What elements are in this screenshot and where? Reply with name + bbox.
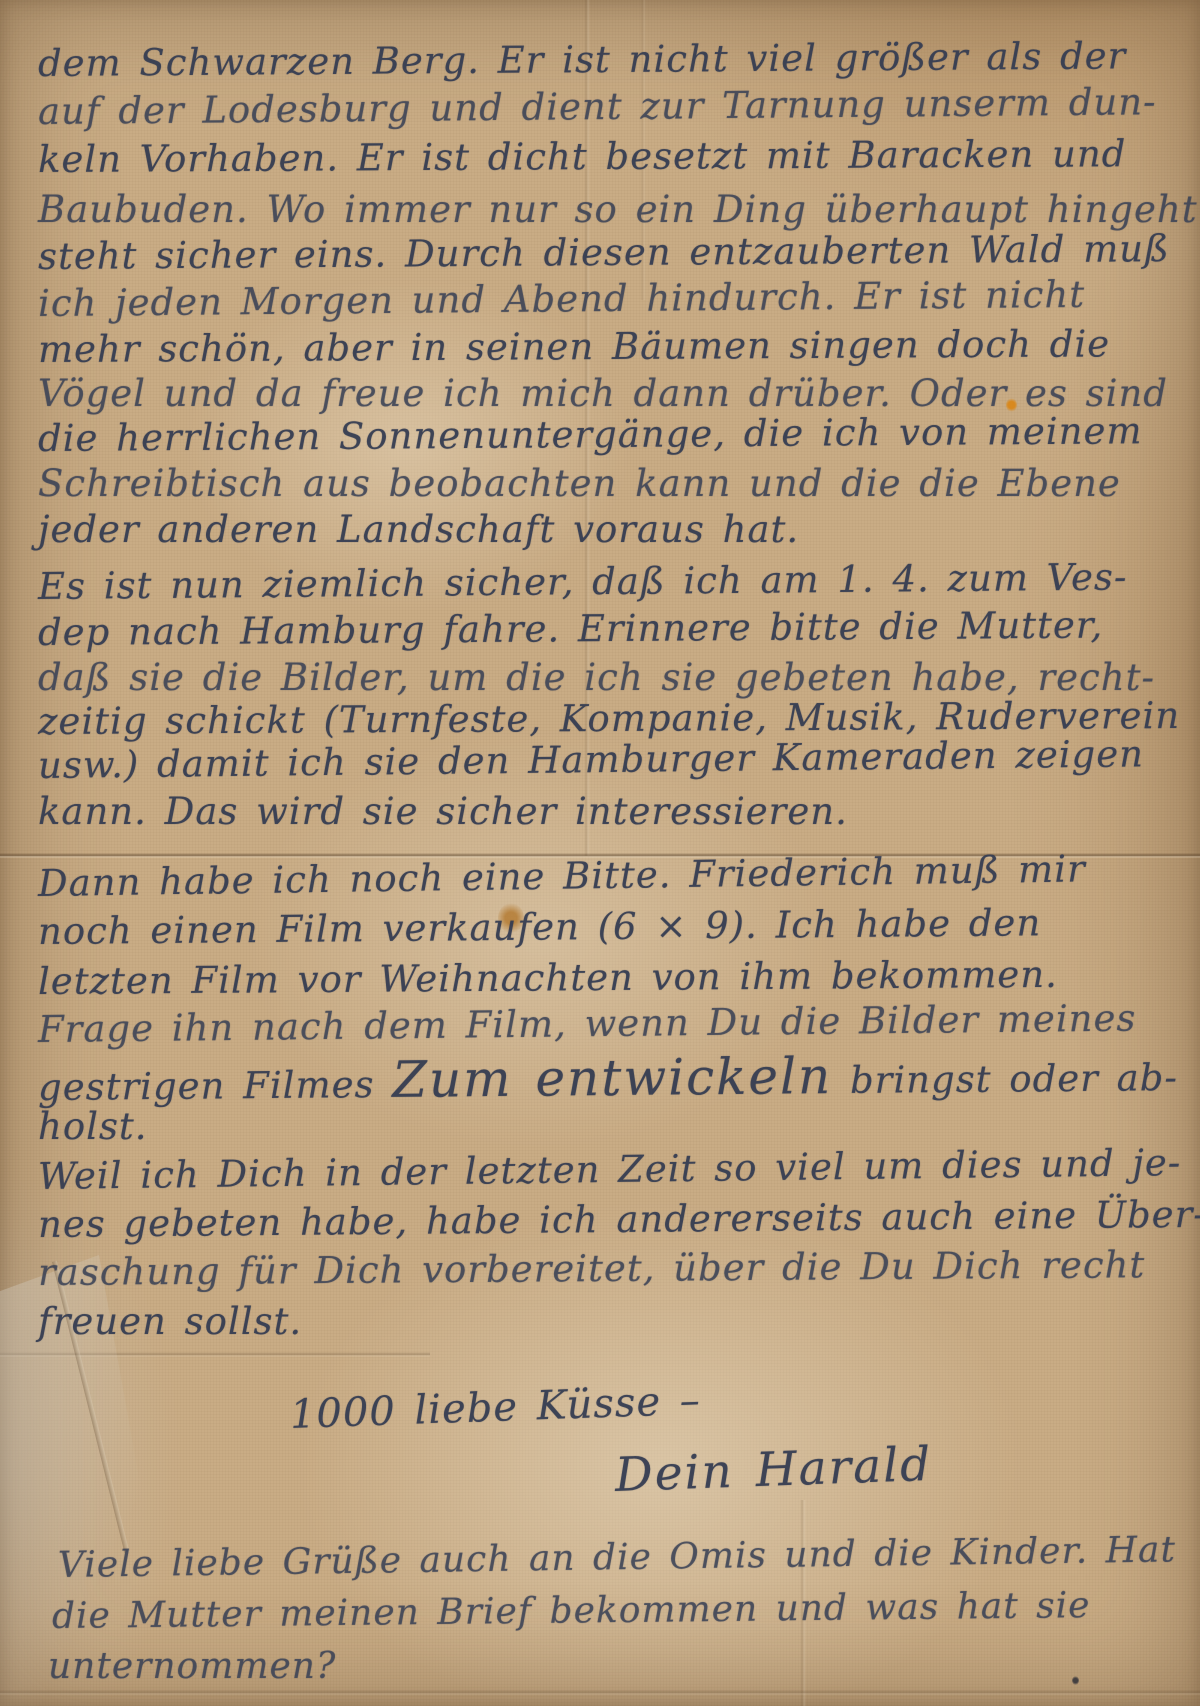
letter-line-emphasis: Zum entwickeln: [392, 1047, 833, 1109]
letter-line: Es ist nun ziemlich sicher, daß ich am 1…: [38, 555, 1128, 608]
letter-line: gestrigen Filmes Zum entwickeln bringst …: [38, 1044, 1178, 1112]
ink-speck: [1072, 1676, 1079, 1685]
letter-line-segment: gestrigen Filmes: [38, 1063, 393, 1109]
letter-line: ich jeden Morgen und Abend hindurch. Er …: [38, 273, 1085, 325]
letter-line: Weil ich Dich in der letzten Zeit so vie…: [38, 1141, 1182, 1198]
closing-line: 1000 liebe Küsse –: [289, 1378, 701, 1438]
letter-line: dem Schwarzen Berg. Er ist nicht viel gr…: [38, 34, 1127, 85]
letter-line: letzten Film vor Weihnachten von ihm bek…: [38, 953, 1058, 1003]
postscript-line: Viele liebe Grüße auch an die Omis und d…: [58, 1529, 1176, 1586]
letter-line-segment: bringst oder ab-: [832, 1056, 1178, 1102]
letter-line: mehr schön, aber in seinen Bäumen singen…: [38, 322, 1110, 371]
letter-line: freuen sollst.: [38, 1300, 302, 1343]
signature: Dein Harald: [614, 1437, 933, 1503]
letter-line: noch einen Film verkaufen (6 × 9). Ich h…: [38, 901, 1042, 953]
letter-line: Baubuden. Wo immer nur so ein Ding überh…: [38, 188, 1198, 231]
letter-line: steht sicher eins. Durch diesen entzaube…: [38, 227, 1170, 278]
letter-line: die herrlichen Sonnenuntergänge, die ich…: [38, 409, 1143, 460]
letter-line: Schreibtisch aus beobachten kann und die…: [38, 462, 1121, 505]
letter-line: holst.: [38, 1105, 148, 1148]
letter-page: dem Schwarzen Berg. Er ist nicht viel gr…: [0, 0, 1200, 1706]
letter-line: Frage ihn nach dem Film, wenn Du die Bil…: [38, 996, 1137, 1051]
letter-line: auf der Lodesburg und dient zur Tarnung …: [38, 80, 1157, 133]
letter-line: Vögel und da freue ich mich dann drüber.…: [38, 372, 1168, 415]
letter-line: raschung für Dich vorbereitet, über die …: [38, 1243, 1146, 1294]
letter-line: daß sie die Bilder, um die ich sie gebet…: [38, 656, 1155, 699]
letter-line: kann. Das wird sie sicher interessieren.: [38, 790, 848, 833]
letter-line: dep nach Hamburg fahre. Erinnere bitte d…: [38, 604, 1104, 654]
letter-line: keln Vorhaben. Er ist dicht besetzt mit …: [38, 132, 1127, 181]
postscript-line: unternommen?: [48, 1646, 336, 1687]
horizontal-fold-crease: [0, 1690, 1200, 1695]
letter-line: nes gebeten habe, habe ich andererseits …: [38, 1193, 1200, 1246]
letter-line: jeder anderen Landschaft voraus hat.: [38, 508, 799, 551]
postscript-line: die Mutter meinen Brief bekommen und was…: [52, 1585, 1091, 1637]
